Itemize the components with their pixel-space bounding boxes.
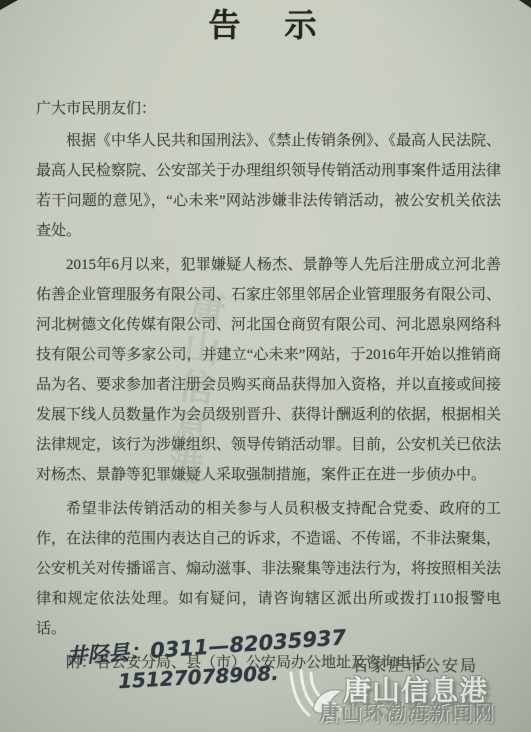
notice-title: 告 示: [0, 0, 531, 46]
watermark-subtext: 唐山环渤海新闻网: [319, 697, 495, 727]
notice-body: 广大市民朋友们： 根据《中华人民共和国刑法》、《禁止传销条例》、《最高人民法院、…: [36, 94, 501, 678]
paragraph-legal-basis: 根据《中华人民共和国刑法》、《禁止传销条例》、《最高人民法院、最高人民检察院、公…: [36, 126, 501, 246]
salutation: 广大市民朋友们：: [36, 94, 501, 124]
paragraph-public-appeal: 希望非法传销活动的相关参与人员积极支持配合党委、政府的工作，在法律的范围内表达自…: [36, 494, 501, 644]
document-photo: 告 示 广大市民朋友们： 根据《中华人民共和国刑法》、《禁止传销条例》、《最高人…: [0, 0, 531, 732]
issuing-authority-signature: 石家庄市公安局: [352, 653, 478, 676]
paragraph-case-details: 2015年6月以来，犯罪嫌疑人杨杰、景静等人先后注册成立河北善佑善企业管理服务有…: [36, 250, 501, 490]
